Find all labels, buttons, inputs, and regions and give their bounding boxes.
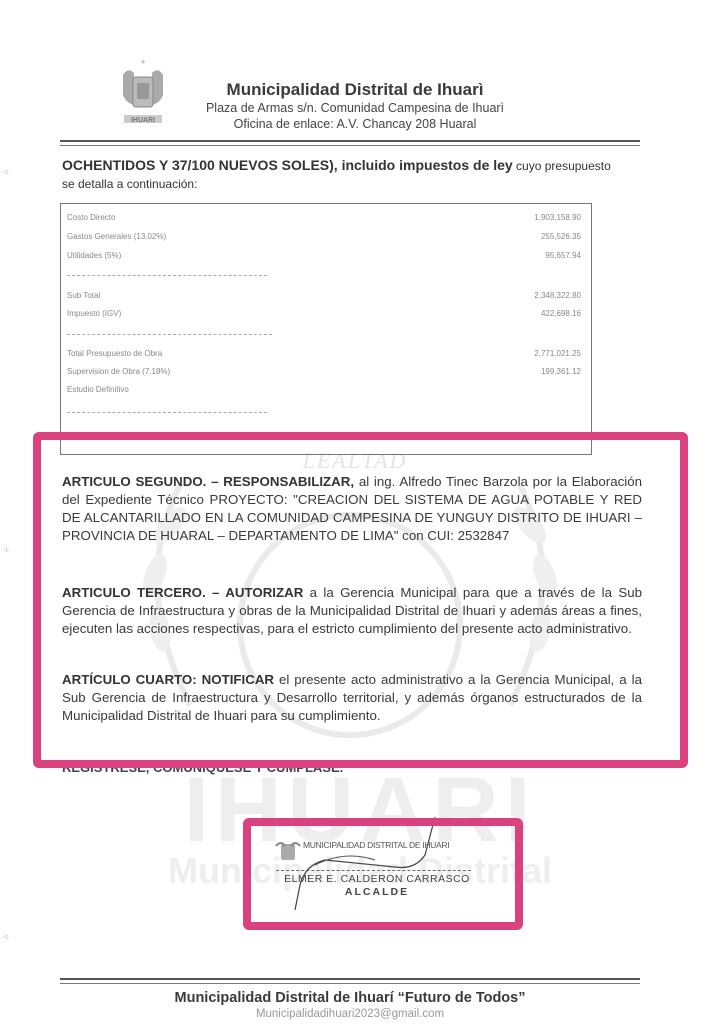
municipal-crest-icon: + IHUARI xyxy=(118,55,168,135)
budget-row: Supervision de Obra (7.18%)199,361.12 xyxy=(61,366,591,378)
highlight-box-signature xyxy=(243,818,523,930)
budget-separator xyxy=(67,275,267,276)
footer-rule xyxy=(60,983,640,984)
budget-row: Sub Total2,348,322.80 xyxy=(61,290,591,302)
intro-paragraph: OCHENTIDOS Y 37/100 NUEVOS SOLES), inclu… xyxy=(62,157,647,193)
svg-text:IHUARI: IHUARI xyxy=(131,117,155,124)
margin-speck: ⁘ xyxy=(3,548,9,554)
svg-text:+: + xyxy=(140,57,145,67)
header-address: Plaza de Armas s/n. Comunidad Campesina … xyxy=(205,101,505,115)
header-rule xyxy=(60,145,640,146)
budget-row: Estudio Definitivo xyxy=(61,384,591,396)
footer-title: Municipalidad Distrital de Ihuarí “Futur… xyxy=(60,990,640,1006)
margin-speck: ⁘ xyxy=(3,170,9,176)
budget-row: Total Presupuesto de Obra2,771,021.25 xyxy=(61,348,591,360)
footer-email: Municipalidadihuari2023@gmail.com xyxy=(60,1008,640,1020)
header-office: Oficina de enlace: A.V. Chancay 208 Huar… xyxy=(205,117,505,131)
budget-separator xyxy=(67,334,272,335)
header-rule xyxy=(60,140,640,142)
budget-separator xyxy=(67,412,267,413)
margin-speck: ⁘ xyxy=(3,935,9,941)
budget-row: Utilidades (5%)95,657.94 xyxy=(61,250,591,262)
budget-row: Costo Directo1,903,158.90 xyxy=(61,212,591,224)
header-title: Municipalidad Distrital de Ihuarì xyxy=(205,80,505,100)
highlight-box-articles xyxy=(33,432,688,768)
footer-rule xyxy=(60,978,640,980)
budget-row: Gastos Generales (13.02%)255,526.35 xyxy=(61,231,591,243)
budget-row: Impuesto (IGV)422,698.16 xyxy=(61,308,591,320)
budget-table: Costo Directo1,903,158.90 Gastos General… xyxy=(60,203,592,455)
